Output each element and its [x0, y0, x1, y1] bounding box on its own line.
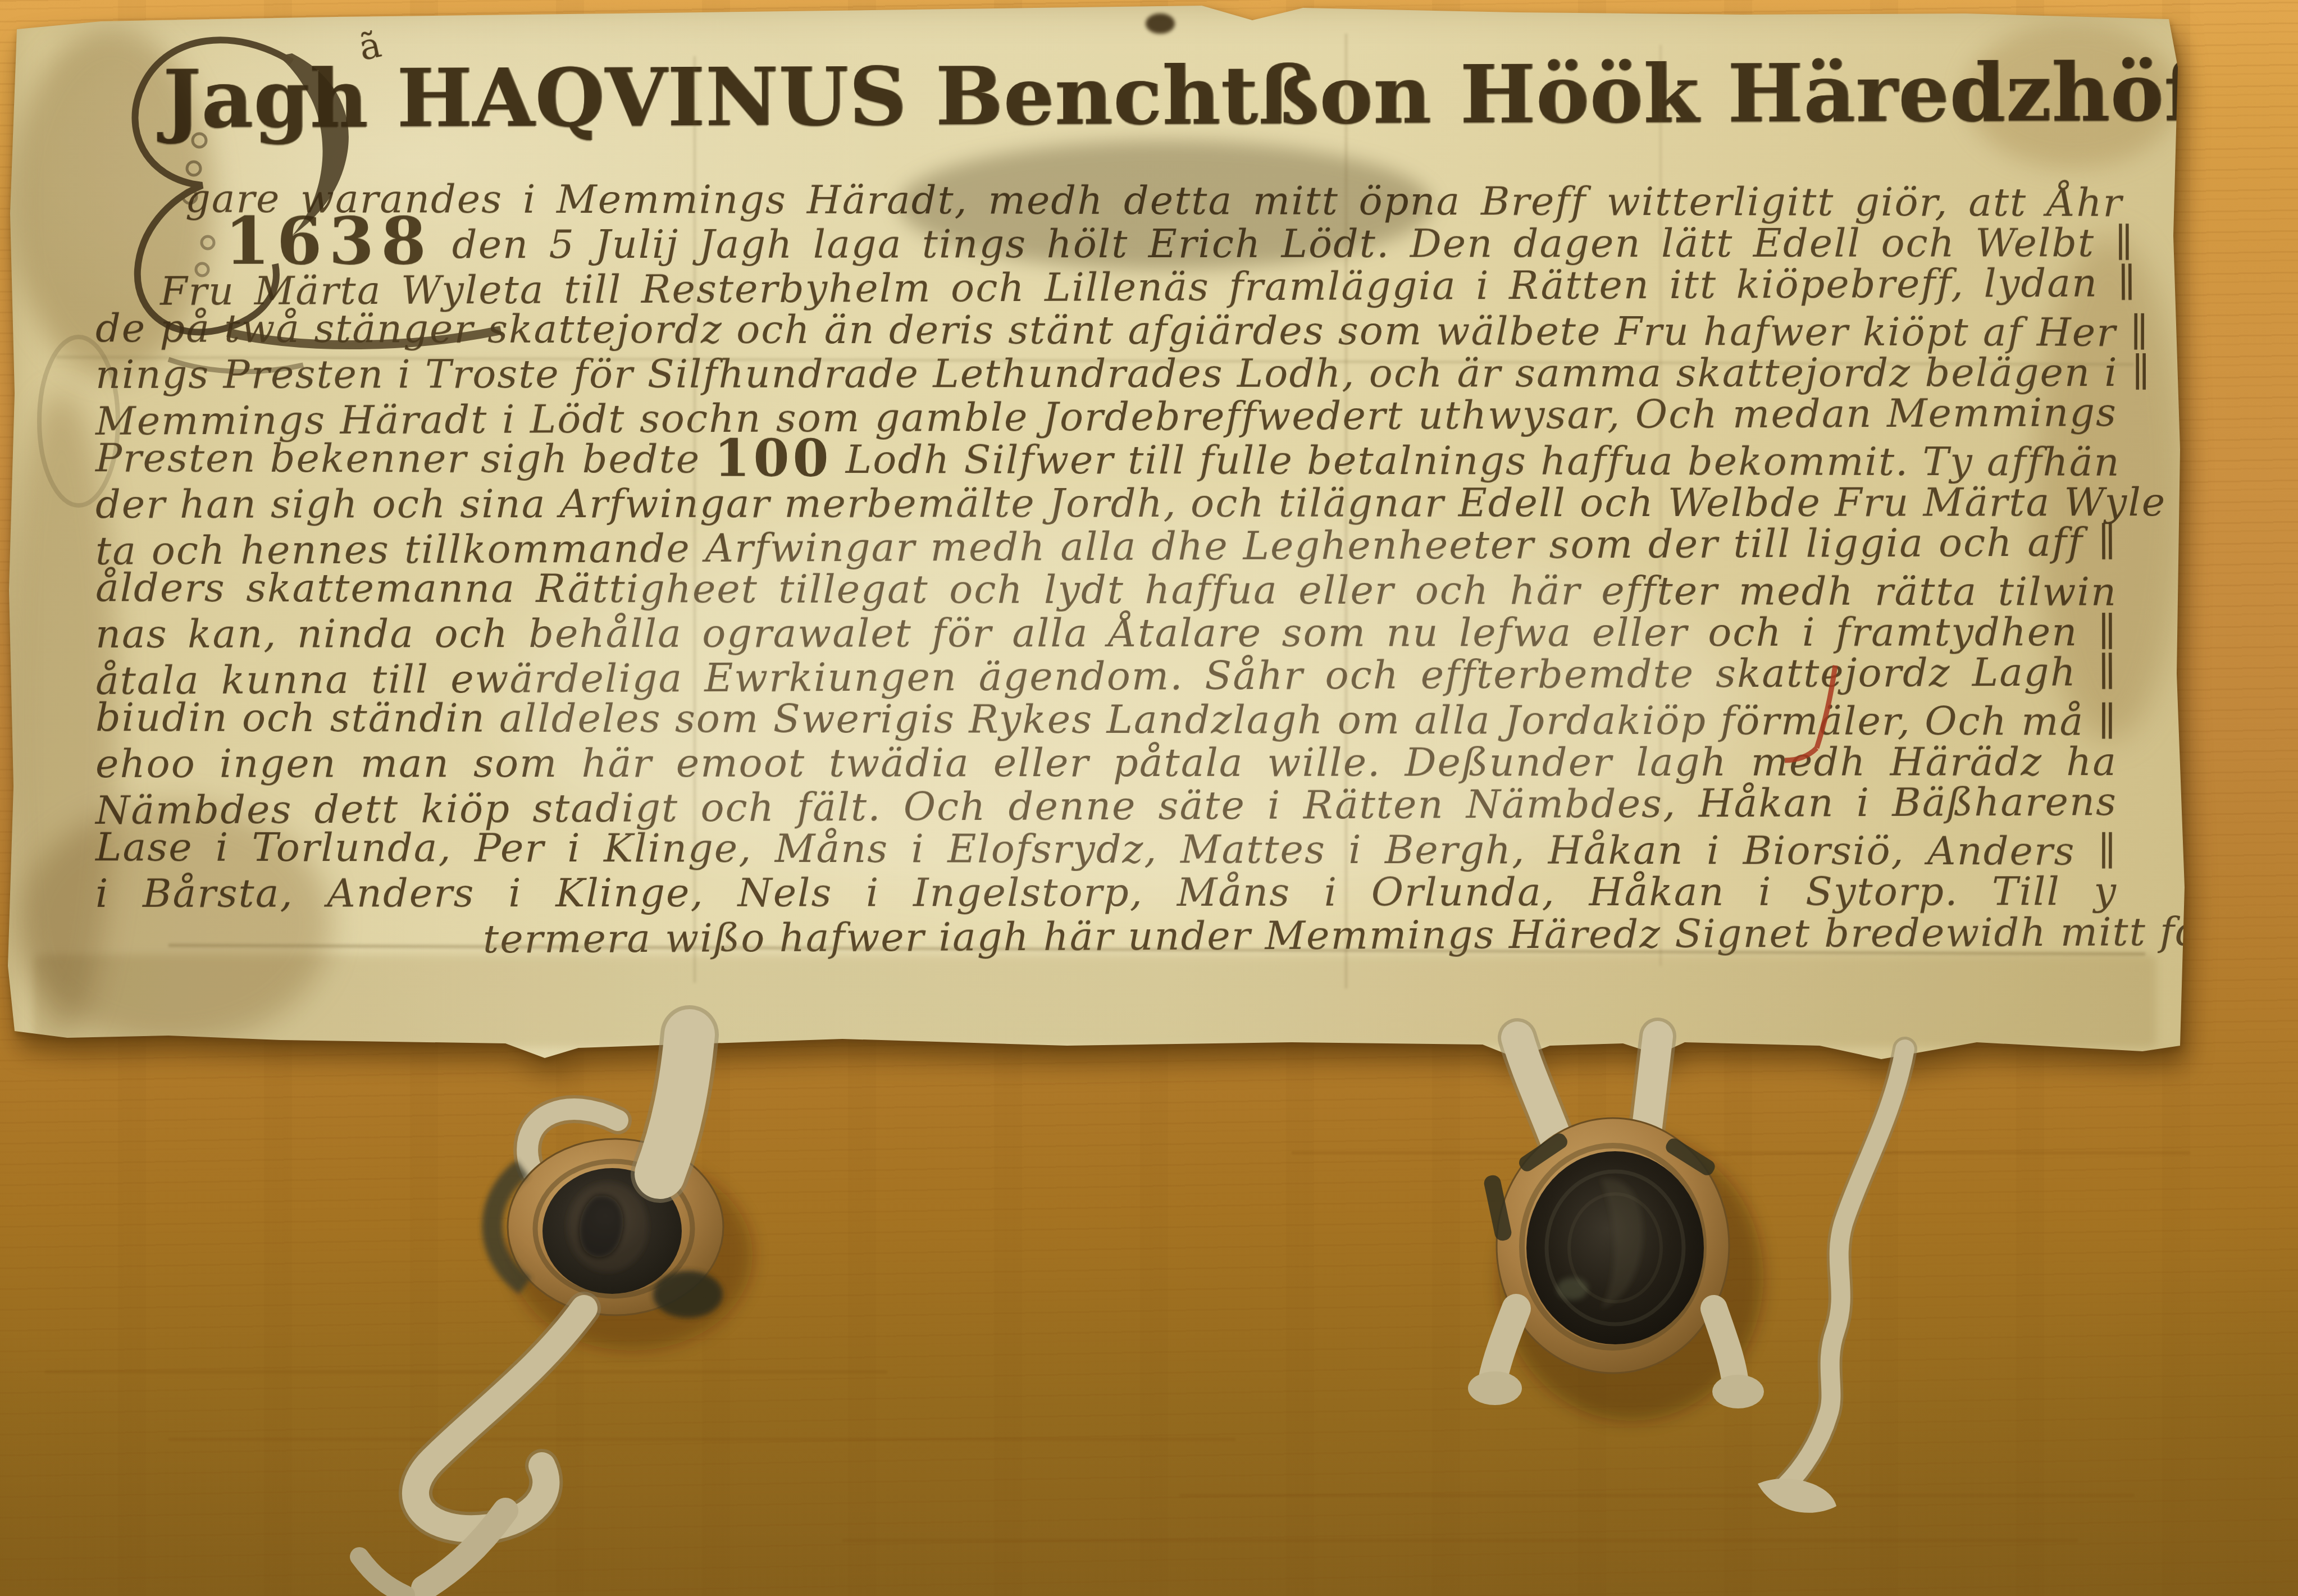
seals-and-ink-overlay — [0, 0, 2298, 1596]
red-ink-mark — [1785, 665, 1835, 760]
initial-letter-flourish — [39, 40, 349, 505]
year-underline-swash — [168, 330, 501, 372]
